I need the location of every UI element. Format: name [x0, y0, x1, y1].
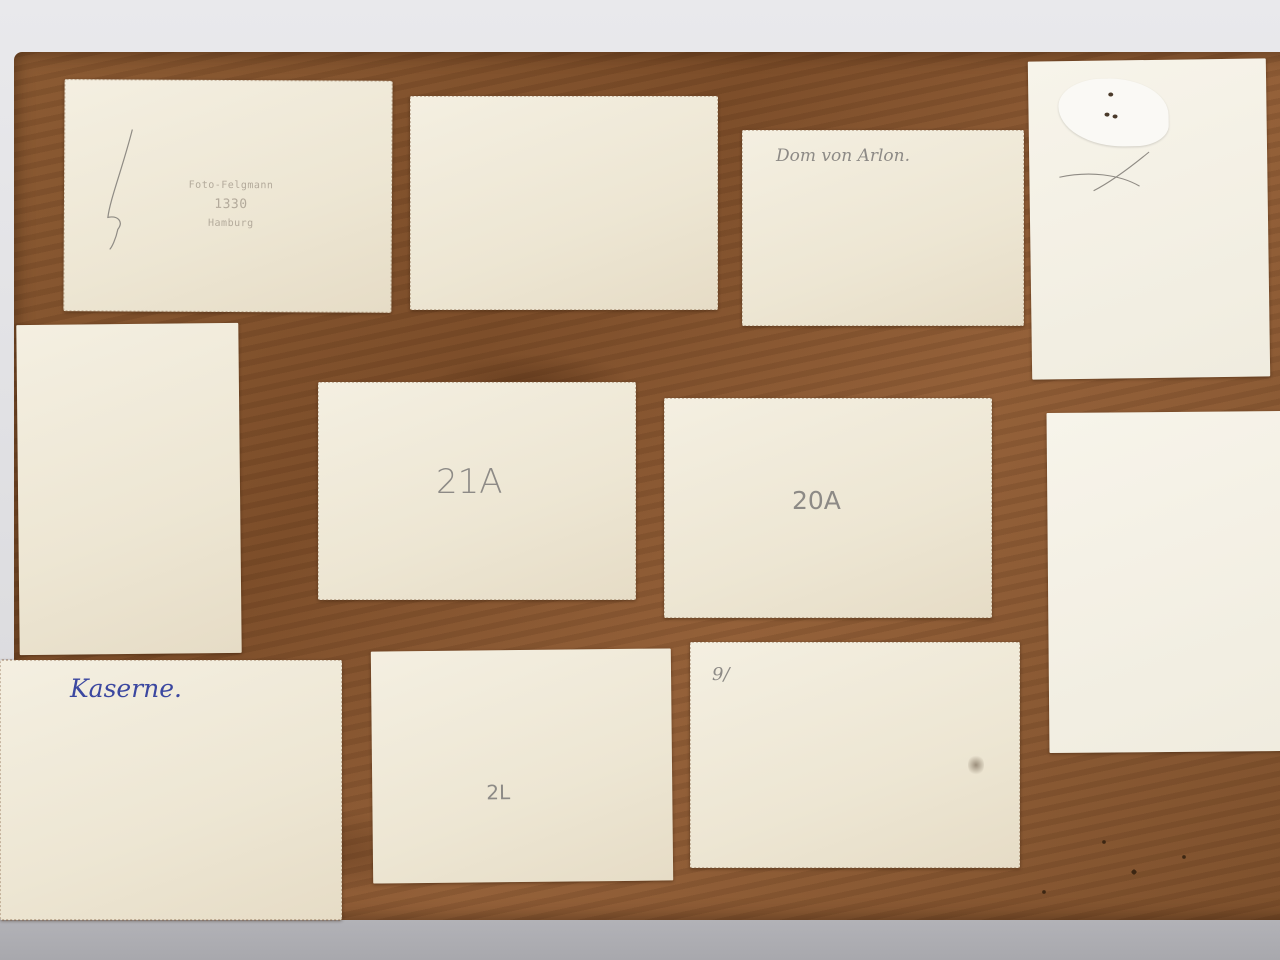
stain-mark: [968, 754, 984, 776]
photo-back-20a: 20A: [664, 398, 992, 618]
stamp-number: 1330: [176, 195, 286, 215]
photo-back-2l: 2L: [371, 648, 673, 883]
torn-paper-remnant: [1058, 78, 1169, 148]
photographer-stamp: Foto-Felgmann 1330 Hamburg: [176, 176, 286, 234]
stamp-studio: Foto-Felgmann: [176, 176, 286, 196]
stamp-city: Hamburg: [176, 214, 286, 234]
photo-back-21a: 21A: [318, 382, 636, 600]
photo-back-dom-von-arlon: Dom von Arlon.: [742, 130, 1024, 326]
pencil-cross-mark: [1059, 152, 1160, 193]
photo-back-portrait-left: [16, 323, 241, 655]
pencil-annotation: 21A: [436, 462, 503, 502]
photo-back-blank: [410, 96, 718, 310]
pencil-annotation: Dom von Arlon.: [776, 146, 910, 166]
pencil-annotation: 2L: [486, 780, 510, 804]
photo-back-kaserne: Kaserne.: [0, 660, 342, 920]
pencil-mark: [104, 129, 145, 249]
pencil-annotation: 20A: [792, 486, 841, 515]
ink-annotation: Kaserne.: [70, 674, 182, 703]
photo-back-9: 9/: [690, 642, 1020, 868]
photo-back-stamped: Foto-Felgmann 1330 Hamburg: [63, 79, 392, 313]
pencil-annotation: 9/: [712, 664, 730, 685]
photo-back-portrait-right: [1047, 411, 1280, 753]
photo-back-portrait-torn: [1028, 58, 1270, 379]
